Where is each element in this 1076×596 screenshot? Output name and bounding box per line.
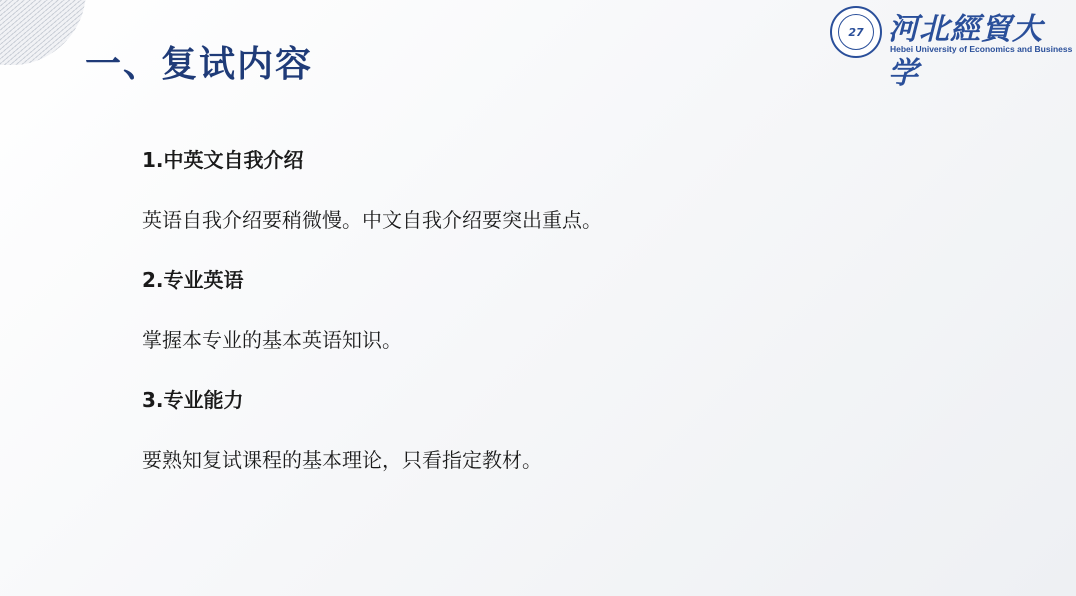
section-text: 英语自我介绍要稍微慢。中文自我介绍要突出重点。 xyxy=(142,206,602,234)
university-logo: 27 河北經貿大学 Hebei University of Economics … xyxy=(830,2,1070,62)
university-name-en: Hebei University of Economics and Busine… xyxy=(890,44,1072,54)
section-heading: 2.专业英语 xyxy=(142,266,244,294)
section-heading: 1.中英文自我介绍 xyxy=(142,146,304,174)
slide-title: 一、复试内容 xyxy=(85,36,313,87)
section-heading: 3.专业能力 xyxy=(142,386,244,414)
university-emblem-icon: 27 xyxy=(830,6,882,58)
section-text: 要熟知复试课程的基本理论，只看指定教材。 xyxy=(142,446,542,474)
section-text: 掌握本专业的基本英语知识。 xyxy=(142,326,402,354)
emblem-center: 27 xyxy=(838,14,874,50)
